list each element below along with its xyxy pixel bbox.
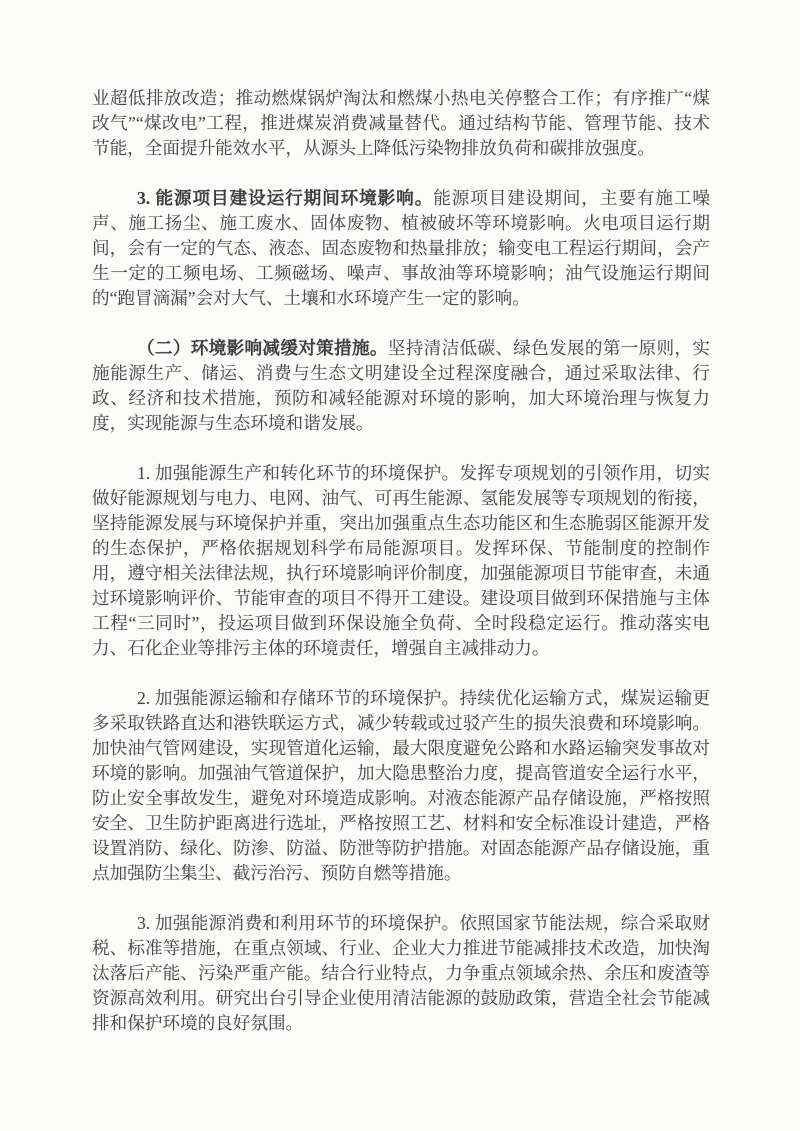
paragraph: 业超低排放改造；推动燃煤锅炉淘汰和燃煤小热电关停整合工作；有序推广“煤改气”“煤… [92, 86, 710, 161]
document-body: 业超低排放改造；推动燃煤锅炉淘汰和燃煤小热电关停整合工作；有序推广“煤改气”“煤… [92, 86, 710, 1036]
paragraph-lead: （二）环境影响减缓对策措施。 [137, 338, 388, 358]
paragraph-text: 1. 加强能源生产和转化环节的环境保护。发挥专项规划的引领作用，切实做好能源规划… [92, 463, 710, 658]
paragraph: 3. 能源项目建设运行期间环境影响。能源项目建设期间，主要有施工噪声、施工扬尘、… [92, 186, 710, 311]
paragraph-text: 3. 加强能源消费和利用环节的环境保护。依照国家节能法规，综合采取财税、标准等措… [92, 913, 710, 1033]
paragraph-lead: 3. 能源项目建设运行期间环境影响。 [137, 188, 433, 208]
paragraph: 2. 加强能源运输和存储环节的环境保护。持续优化运输方式，煤炭运输更多采取铁路直… [92, 686, 710, 886]
paragraph-text: 业超低排放改造；推动燃煤锅炉淘汰和燃煤小热电关停整合工作；有序推广“煤改气”“煤… [92, 88, 710, 158]
paragraph: 3. 加强能源消费和利用环节的环境保护。依照国家节能法规，综合采取财税、标准等措… [92, 911, 710, 1036]
document-page: 业超低排放改造；推动燃煤锅炉淘汰和燃煤小热电关停整合工作；有序推广“煤改气”“煤… [0, 0, 800, 1131]
paragraph-text: 2. 加强能源运输和存储环节的环境保护。持续优化运输方式，煤炭运输更多采取铁路直… [92, 688, 710, 883]
paragraph: （二）环境影响减缓对策措施。坚持清洁低碳、绿色发展的第一原则，实施能源生产、储运… [92, 336, 710, 436]
paragraph: 1. 加强能源生产和转化环节的环境保护。发挥专项规划的引领作用，切实做好能源规划… [92, 461, 710, 661]
